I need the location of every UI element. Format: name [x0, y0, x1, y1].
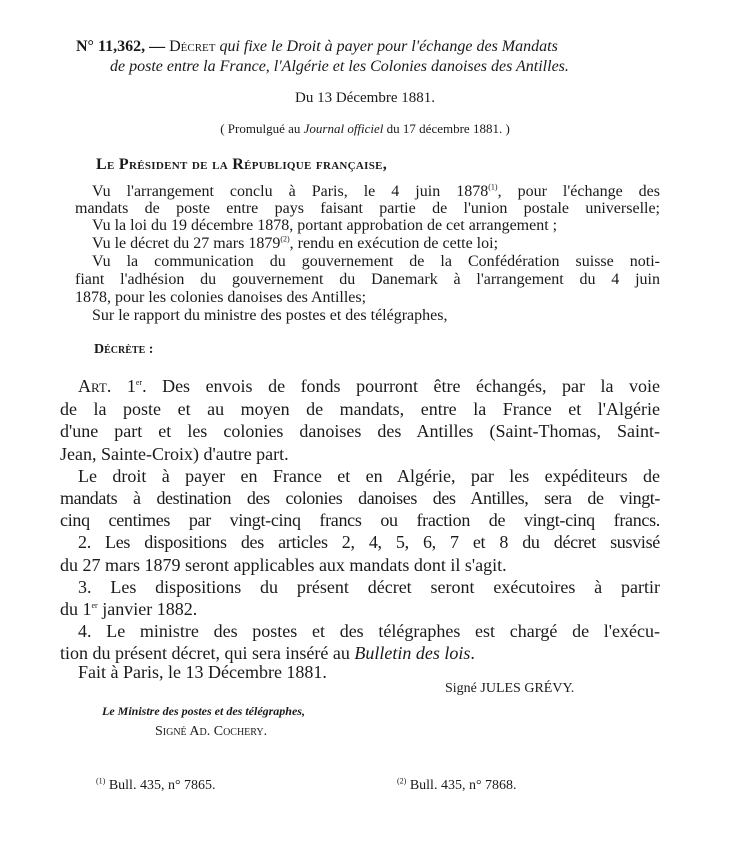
footnote-text: Bull. 435, n° 7868.: [410, 778, 517, 793]
article-line: du 1er janvier 1882.: [60, 599, 197, 620]
article-text: .: [470, 643, 475, 663]
decrete-heading: Décrète :: [94, 342, 153, 358]
signature-president: Signé JULES GRÉVY.: [445, 681, 574, 697]
footnote-mark: (2): [397, 776, 406, 785]
promulgation-post: du 17 décembre 1881. ): [383, 121, 509, 136]
preamble-line: mandats de poste entre pays faisant part…: [75, 200, 660, 218]
article-line: mandats à destination des colonies danoi…: [60, 488, 660, 509]
article-line: cinq centimes par vingt-cinq francs ou f…: [60, 510, 660, 531]
footnote-2: (2) Bull. 435, n° 7868.: [397, 778, 517, 794]
footnote-1: (1) Bull. 435, n° 7865.: [96, 778, 216, 794]
president-heading: Le Président de la République française,: [96, 156, 387, 174]
article-label: Art. 1: [78, 376, 136, 396]
footnote-text: Bull. 435, n° 7865.: [109, 778, 216, 793]
promulgation-pre: ( Promulgué au: [220, 121, 303, 136]
preamble-line: Vu le décret du 27 mars 1879(2), rendu e…: [92, 235, 498, 253]
article-line: 3. Les dispositions du présent décret se…: [78, 577, 660, 598]
promulgation-note: ( Promulgué au Journal officiel du 17 dé…: [0, 121, 730, 137]
preamble-text: Vu le décret du 27 mars 1879: [92, 235, 280, 252]
journal-officiel: Journal officiel: [304, 121, 384, 136]
article-line: 2. Les dispositions des articles 2, 4, 5…: [78, 532, 660, 553]
preamble-line: Sur le rapport du ministre des postes et…: [92, 307, 447, 325]
article-line: d'une part et les colonies danoises des …: [60, 421, 660, 442]
preamble-line: Vu la communication du gouvernement de l…: [92, 253, 660, 271]
preamble-text: , rendu en exécution de cette loi;: [290, 235, 498, 252]
decree-label: Décret: [169, 38, 215, 55]
article-text: janvier 1882.: [98, 599, 197, 619]
minister-title: Le Ministre des postes et des télégraphe…: [102, 704, 305, 719]
signature-minister-text: Signé Ad. Cochery.: [155, 724, 267, 739]
bulletin-des-lois: Bulletin des lois: [354, 643, 470, 663]
article-line: de la poste et au moyen de mandats, entr…: [60, 399, 660, 420]
preamble-line: fiant l'adhésion du gouvernement du Dane…: [75, 271, 660, 289]
decree-title-line2: de poste entre la France, l'Algérie et l…: [110, 58, 569, 76]
preamble-text: Vu l'arrangement conclu à Paris, le 4 ju…: [92, 183, 488, 200]
article-text: du 1: [60, 599, 92, 619]
article-text: tion du présent décret, qui sera inséré …: [60, 643, 354, 663]
preamble-line: 1878, pour les colonies danoises des Ant…: [75, 289, 366, 307]
article-line: 4. Le ministre des postes et des télégra…: [78, 621, 660, 642]
article-line: Jean, Sainte-Croix) d'autre part.: [60, 444, 289, 465]
fait-a-paris: Fait à Paris, le 13 Décembre 1881.: [78, 662, 327, 683]
decree-date: Du 13 Décembre 1881.: [0, 90, 730, 107]
preamble-line: Vu l'arrangement conclu à Paris, le 4 ju…: [92, 183, 660, 201]
article-line: tion du présent décret, qui sera inséré …: [60, 643, 475, 664]
article-1-line: Art. 1er. Des envois de fonds pourront ê…: [78, 376, 660, 397]
article-line: Le droit à payer en France et en Algérie…: [78, 466, 660, 487]
preamble-text: , pour l'échange des: [498, 183, 660, 200]
article-text: . Des envois de fonds pourront être écha…: [142, 376, 660, 396]
footnote-ref: (2): [280, 235, 289, 244]
signature-minister: Signé Ad. Cochery.: [155, 724, 267, 740]
preamble-line: Vu la loi du 19 décembre 1878, portant a…: [92, 217, 557, 235]
decree-number: N° 11,362, —: [76, 38, 165, 55]
article-line: du 27 mars 1879 seront applicables aux m…: [60, 555, 507, 576]
decree-title-line1: N° 11,362, — Décret qui fixe le Droit à …: [76, 38, 661, 56]
footnote-mark: (1): [96, 776, 105, 785]
footnote-ref: (1): [488, 183, 497, 192]
decree-title-text: qui fixe le Droit à payer pour l'échange…: [215, 38, 557, 55]
